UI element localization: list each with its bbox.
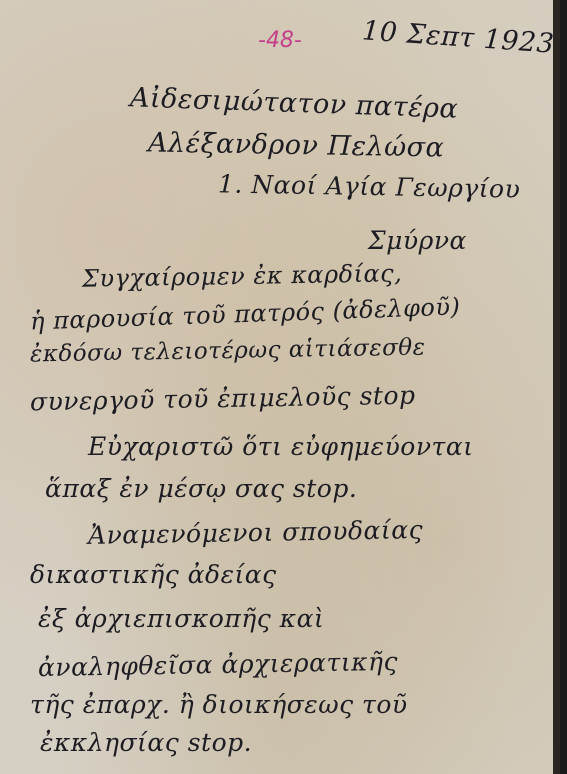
folio-number: -48- — [258, 28, 302, 53]
document-page: -48- 10 Σεπτ 1923 Αἰδεσιμώτατον πατέρα Α… — [0, 0, 560, 774]
body-line-8: δικαστικῆς ἀδείας — [30, 560, 277, 589]
body-line-3: ἐκδόσω τελειοτέρως αἱτιάσεσθε — [30, 335, 426, 368]
address-line-3: 1. Ναοί Αγία Γεωργίου — [218, 169, 521, 203]
place: Σμύρνα — [368, 226, 467, 255]
body-line-9: ἐξ ἀρχιεπισκοπῆς καὶ — [38, 604, 324, 633]
body-line-11: τῆς ἐπαρχ. ἢ διοικήσεως τοῦ — [30, 690, 408, 719]
body-line-10: ἀναληφθεῖσα ἀρχιερατικῆς — [38, 647, 398, 682]
paper-edge-shadow — [553, 0, 560, 774]
date: 10 Σεπτ 1923 — [361, 15, 555, 59]
body-line-1: Συγχαίρομεν ἐκ καρδίας, — [82, 259, 403, 293]
address-line-1: Αἰδεσιμώτατον πατέρα — [130, 82, 459, 124]
address-line-2: Αλέξανδρον Πελώσα — [148, 127, 445, 163]
body-line-2: ἡ παρουσία τοῦ πατρός (ἀδελφοῦ) — [30, 292, 461, 335]
body-line-7: Ἀναμενόμενοι σπουδαίας — [88, 515, 424, 550]
body-line-4: συνεργοῦ τοῦ ἐπιμελοῦς stop — [30, 381, 416, 417]
body-line-6: ἅπαξ ἐν μέσῳ σας stop. — [45, 474, 357, 503]
body-line-12: ἐκκλησίας stop. — [40, 728, 252, 757]
body-line-5: Εὐχαριστῶ ὅτι εὐφημεύονται — [88, 432, 474, 461]
